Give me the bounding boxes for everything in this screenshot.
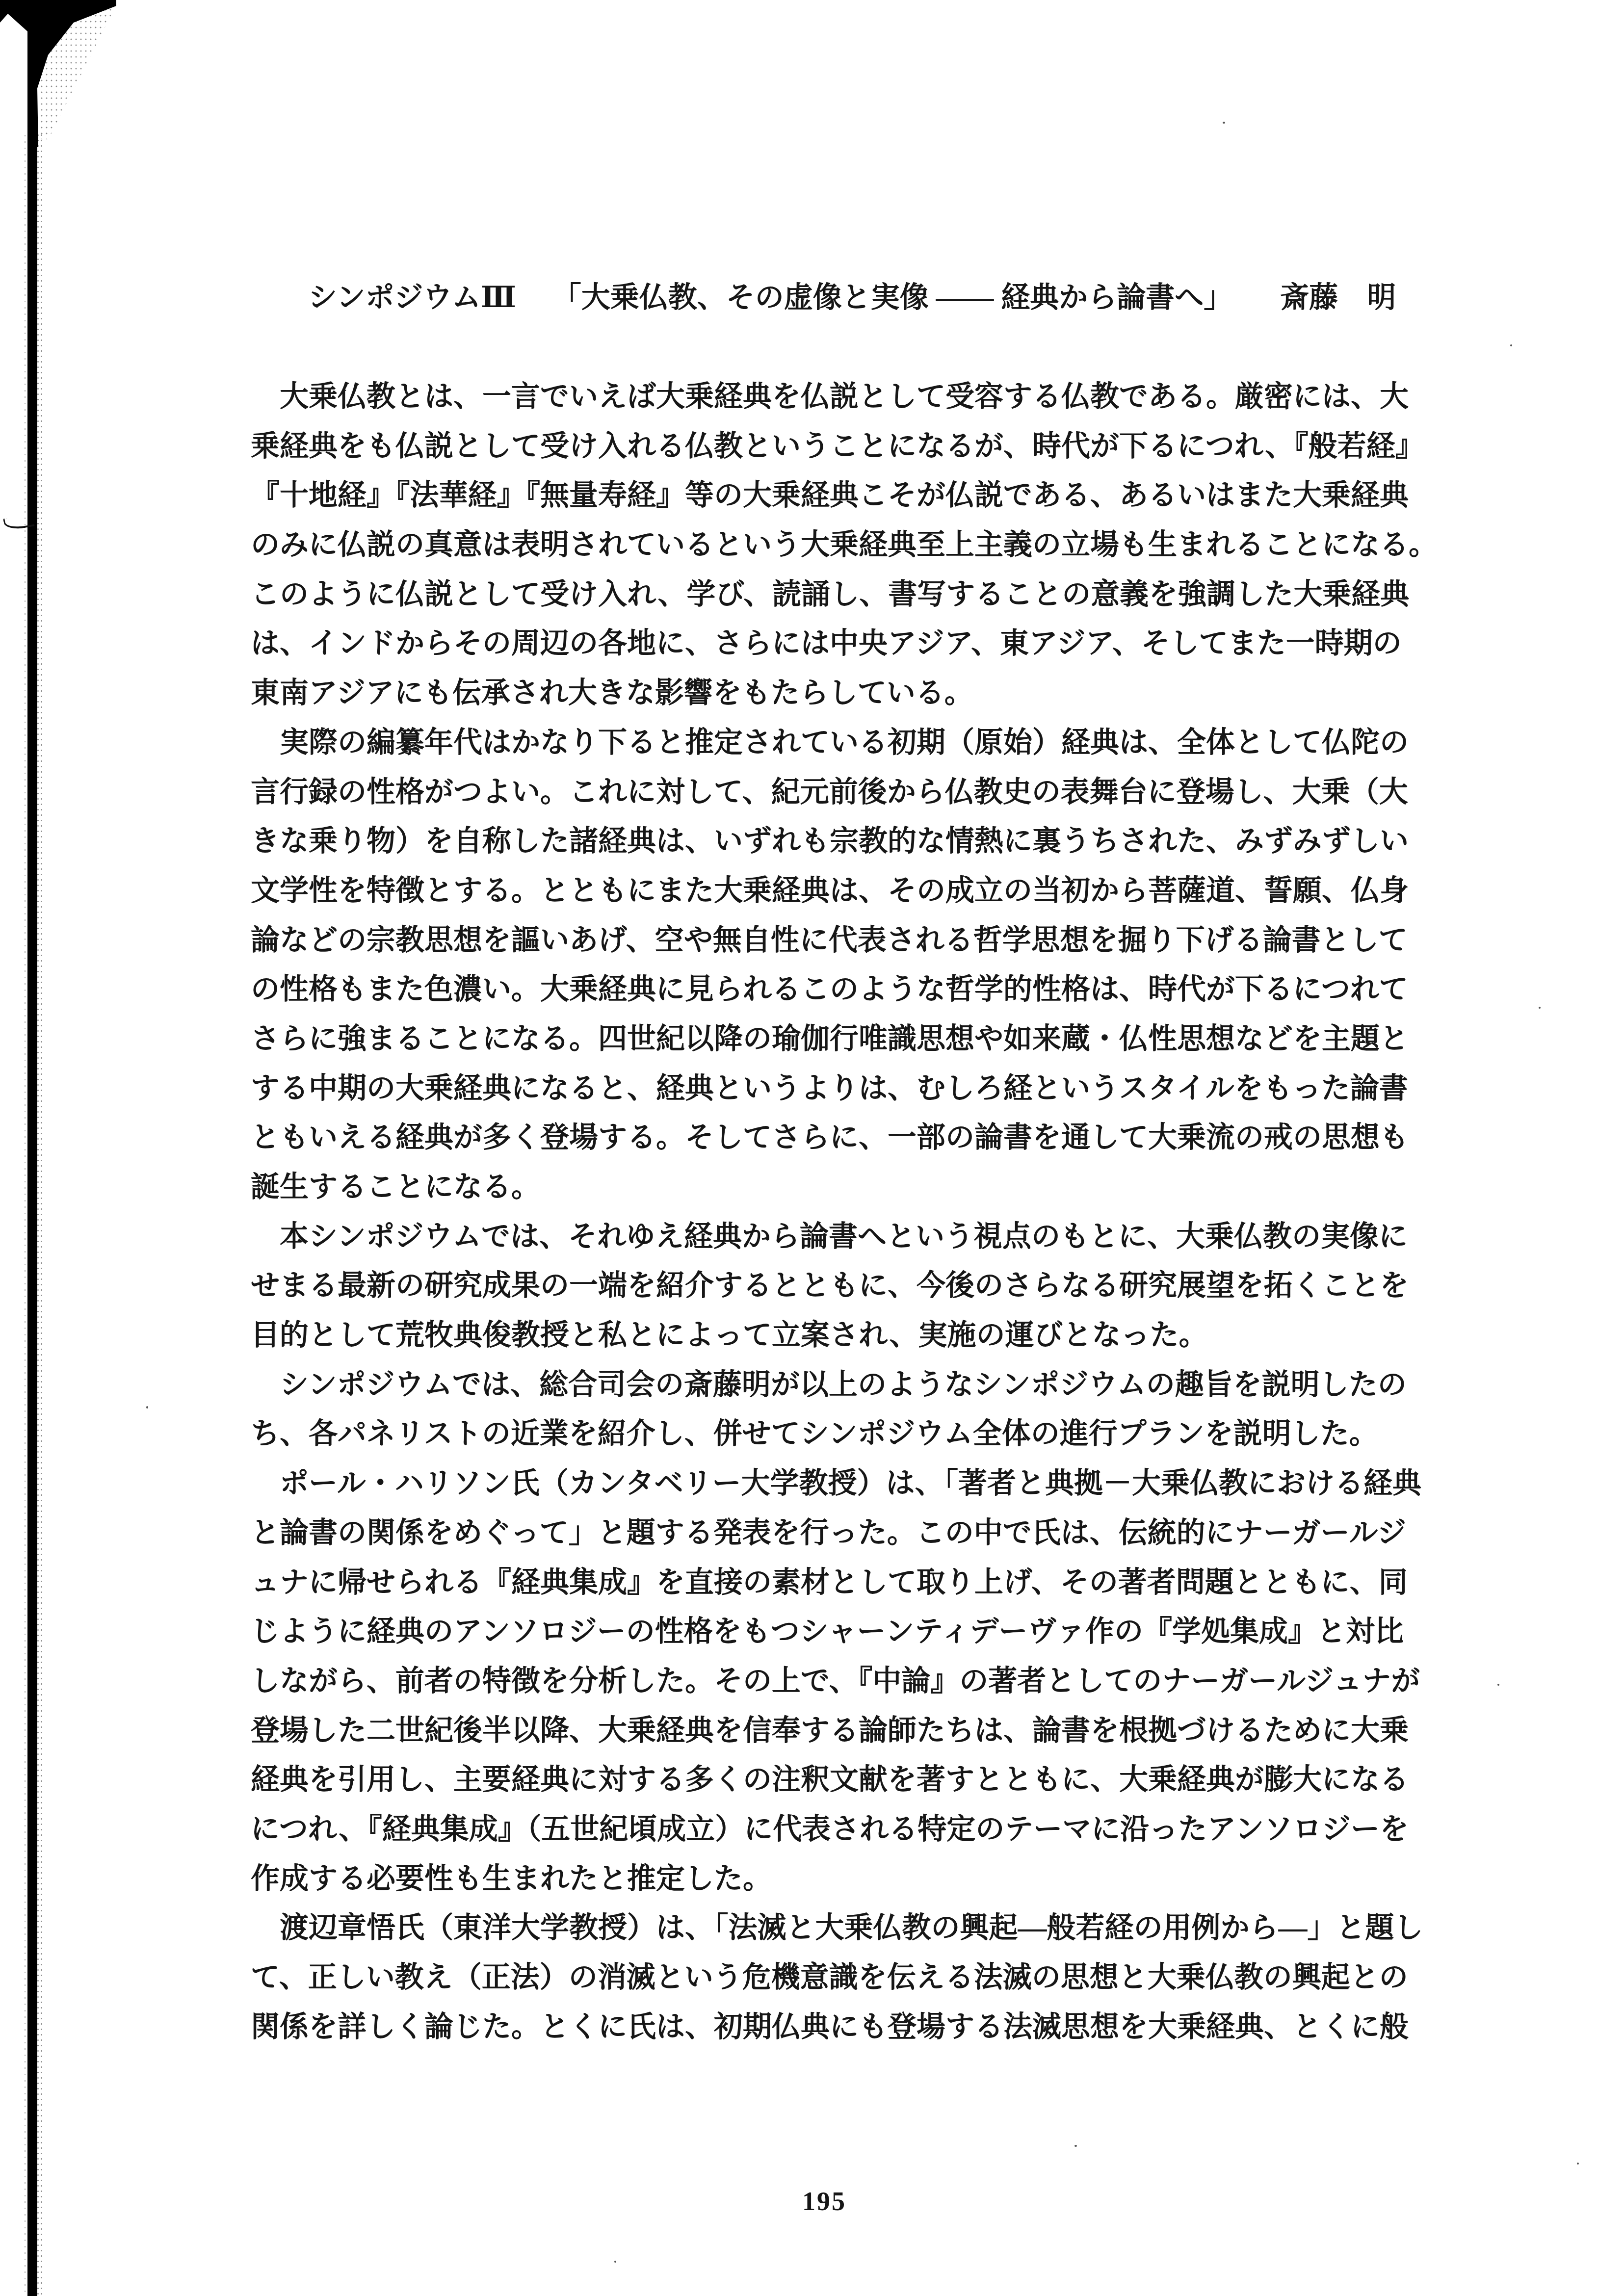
- text-line: 登場した二世紀後半以降、大乗経典を信奉する論師たちは、論書を根拠づけるために大乗: [251, 1706, 1467, 1755]
- text-line: きな乗り物）を自称した諸経典は、いずれも宗教的な情熱に裏うちされた、みずみずしい: [251, 816, 1467, 866]
- text-line: 渡辺章悟氏（東洋大学教授）は、「法滅と大乗仏教の興起―般若経の用例から―」と題し: [251, 1903, 1467, 1953]
- scan-artifact-noise-cloud: [39, 7, 115, 139]
- text-line: しながら、前者の特徴を分析した。その上で、『中論』の著者としてのナーガールジュナ…: [251, 1656, 1467, 1706]
- text-line: 大乗仏教とは、一言でいえば大乗経典を仏説として受容する仏教である。厳密には、大: [251, 372, 1467, 421]
- scan-noise-speck: [1497, 1684, 1499, 1686]
- scan-noise-speck: [614, 2261, 616, 2263]
- text-line: ュナに帰せられる『経典集成』を直接の素材として取り上げ、その著者問題とともに、同: [251, 1558, 1467, 1607]
- text-line: 実際の編纂年代はかなり下ると推定されている初期（原始）経典は、全体として仏陀の: [251, 718, 1467, 767]
- text-line: 本シンポジウムでは、それゆえ経典から論書へという視点のもとに、大乗仏教の実像に: [251, 1212, 1467, 1261]
- scan-artifact-binding-bar: [27, 137, 37, 2296]
- scan-noise-speck: [1539, 1007, 1541, 1009]
- text-line: さらに強まることになる。四世紀以降の瑜伽行唯識思想や如来蔵・仏性思想などを主題と: [251, 1014, 1467, 1064]
- text-line: ポール・ハリソン氏（カンタベリー大学教授）は、「著者と典拠－大乗仏教における経典: [251, 1459, 1467, 1508]
- text-line: ち、各パネリストの近業を紹介し、併せてシンポジウム全体の進行プランを説明した。: [251, 1409, 1467, 1459]
- text-line: は、インドからその周辺の各地に、さらには中央アジア、東アジア、そしてまた一時期の: [251, 619, 1467, 668]
- scan-artifact-fringe-left: [23, 132, 27, 2296]
- text-line: て、正しい教え（正法）の消滅という危機意識を伝える法滅の思想と大乗仏教の興起との: [251, 1953, 1467, 2002]
- scanned-page: シンポジウムⅢ「大乗仏教、その虚像と実像 ―― 経典から論書へ」斎藤 明 大乗仏…: [0, 0, 1624, 2296]
- text-line: 関係を詳しく論じた。とくに氏は、初期仏典にも登場する法滅思想を大乗経典、とくに般: [251, 2002, 1467, 2052]
- scan-noise-speck: [1074, 2145, 1077, 2147]
- text-line: 論などの宗教思想を謳いあげ、空や無自性に代表される哲学思想を掘り下げる論書として: [251, 915, 1467, 965]
- text-line: する中期の大乗経典になると、経典というよりは、むしろ経というスタイルをもった論書: [251, 1064, 1467, 1113]
- text-line: このように仏説として受け入れ、学び、読誦し、書写することの意義を強調した大乗経典: [251, 570, 1467, 619]
- text-line: せまる最新の研究成果の一端を紹介するとともに、今後のさらなる研究展望を拓くことを: [251, 1261, 1467, 1310]
- text-line: と論書の関係をめぐって」と題する発表を行った。この中で氏は、伝統的にナーガールジ: [251, 1508, 1467, 1558]
- body-text: 大乗仏教とは、一言でいえば大乗経典を仏説として受容する仏教である。厳密には、大乗…: [251, 372, 1467, 2051]
- text-line: 乗経典をも仏説として受け入れる仏教ということになるが、時代が下るにつれ、『般若経…: [251, 421, 1467, 471]
- scan-artifact-fringe-right: [36, 132, 42, 2296]
- scan-noise-speck: [1510, 344, 1512, 346]
- scan-noise-speck: [1223, 122, 1225, 124]
- text-line: じように経典のアンソロジーの性格をもつシャーンティデーヴァ作の『学処集成』と対比: [251, 1607, 1467, 1656]
- scan-noise-speck: [146, 1406, 148, 1409]
- speaker-name: 斎藤 明: [1280, 281, 1396, 313]
- text-line: ともいえる経典が多く登場する。そしてさらに、一部の論書を通して大乗流の戒の思想も: [251, 1113, 1467, 1162]
- text-line: 作成する必要性も生まれたと推定した。: [251, 1854, 1467, 1904]
- page-number: 195: [785, 2186, 864, 2217]
- text-line: のみに仏説の真意は表明されているという大乗経典至上主義の立場も生まれることになる…: [251, 520, 1467, 570]
- text-line: の性格もまた色濃い。大乗経典に見られるこのような哲学的性格は、時代が下るにつれて: [251, 965, 1467, 1014]
- scan-noise-speck: [1577, 2163, 1579, 2165]
- text-line: 目的として荒牧典俊教授と私とによって立案され、実施の運びとなった。: [251, 1310, 1467, 1360]
- symposium-title: 「大乗仏教、その虚像と実像 ―― 経典から論書へ」: [552, 281, 1233, 313]
- text-line: 文学性を特徴とする。とともにまた大乗経典は、その成立の当初から菩薩道、誓願、仏身: [251, 866, 1467, 915]
- text-line: につれ、『経典集成』（五世紀頃成立）に代表される特定のテーマに沿ったアンソロジー…: [251, 1804, 1467, 1854]
- text-line: 誕生することになる。: [251, 1162, 1467, 1212]
- text-line: 東南アジアにも伝承され大きな影響をもたらしている。: [251, 668, 1467, 718]
- text-line: 言行録の性格がつよい。これに対して、紀元前後から仏教史の表舞台に登場し、大乗（大: [251, 767, 1467, 817]
- text-line: シンポジウムでは、総合司会の斎藤明が以上のようなシンポジウムの趣旨を説明したの: [251, 1360, 1467, 1409]
- page-title: シンポジウムⅢ「大乗仏教、その虚像と実像 ―― 経典から論書へ」斎藤 明: [308, 273, 1396, 322]
- text-line: 『十地経』『法華経』『無量寿経』等の大乗経典こそが仏説である、あるいはまた大乗経…: [251, 470, 1467, 520]
- symposium-session-label: シンポジウムⅢ: [308, 281, 516, 313]
- text-line: 経典を引用し、主要経典に対する多くの注釈文献を著すとともに、大乗経典が膨大になる: [251, 1755, 1467, 1804]
